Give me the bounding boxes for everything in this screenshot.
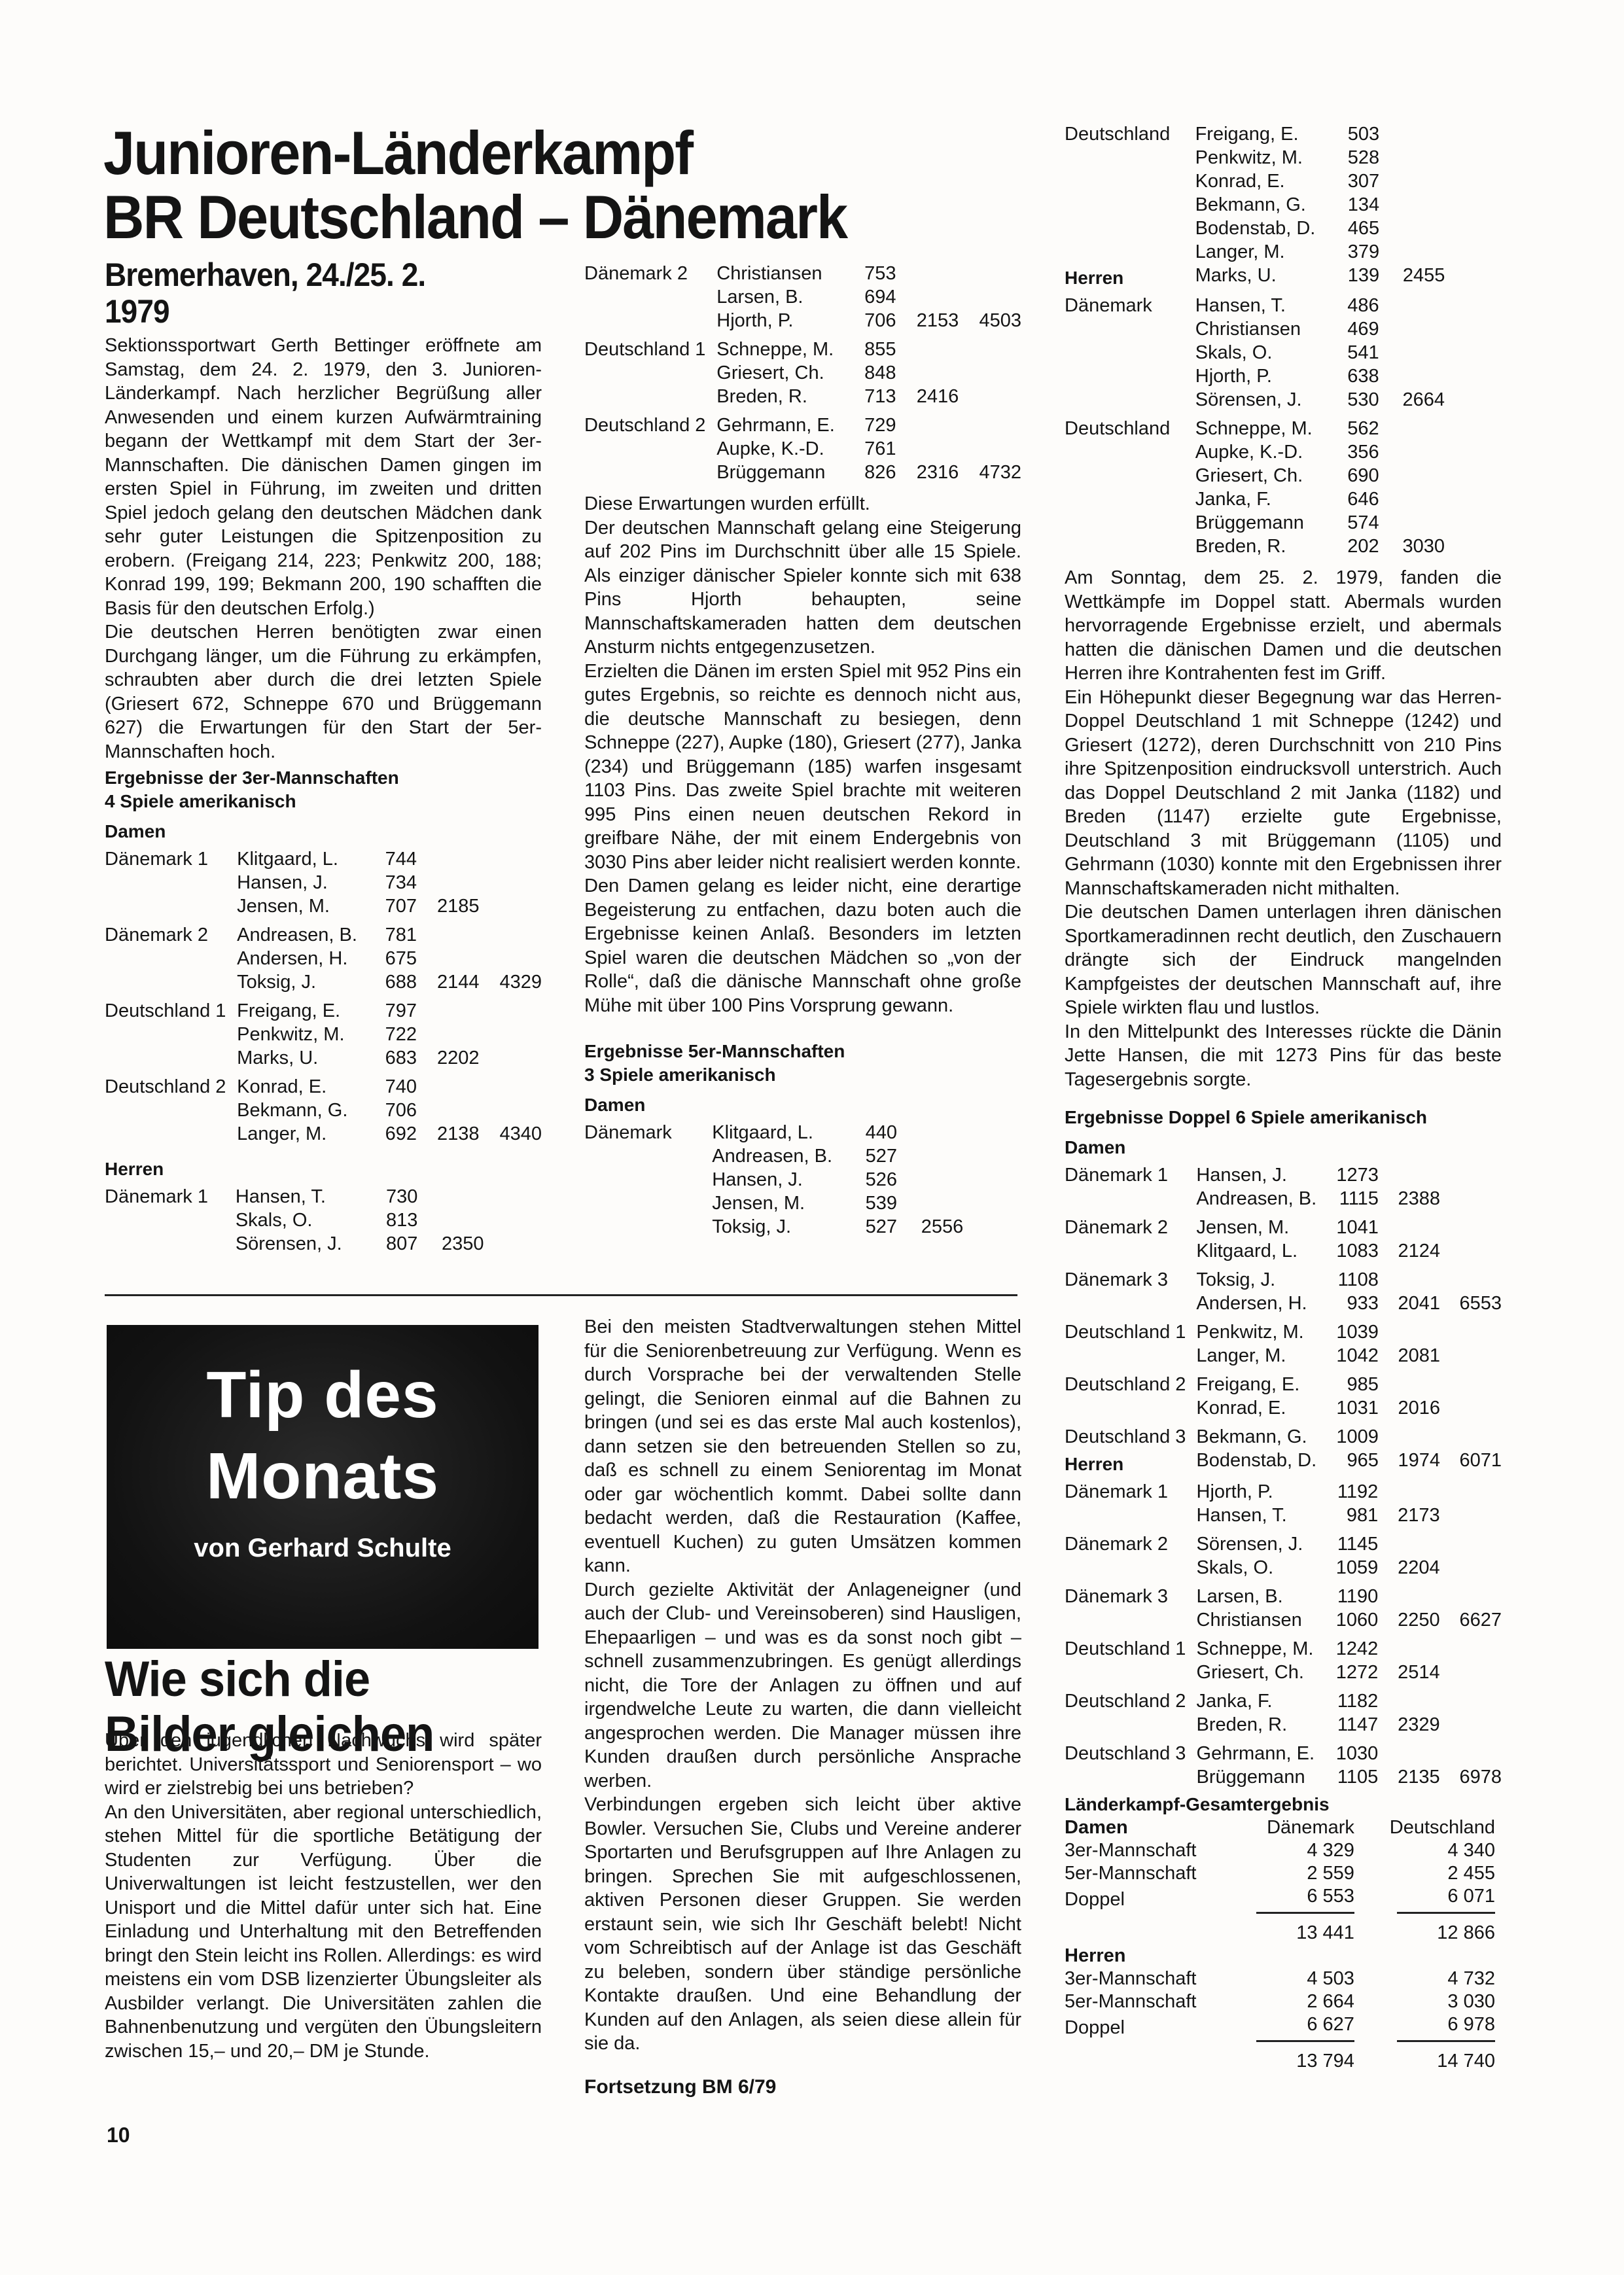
denmark-value: 2 664: [1216, 1990, 1374, 2013]
team-name: [1065, 1396, 1196, 1420]
country-total: [1440, 1632, 1502, 1661]
table-row: Brüggemann110521356978: [1065, 1765, 1502, 1789]
player-score: 562: [1336, 412, 1379, 440]
table-row: Konrad, E.10312016: [1065, 1396, 1502, 1420]
team-total: [1379, 217, 1445, 240]
country-total: [1440, 1344, 1502, 1367]
team-total: 2124: [1379, 1239, 1440, 1263]
team-total: [1379, 412, 1445, 440]
team-name: [105, 947, 237, 970]
team-total: 2664: [1379, 388, 1445, 412]
team-total: 2416: [896, 385, 959, 408]
team-total: 2173: [1378, 1504, 1439, 1527]
player-name: Penkwitz, M.: [1196, 1315, 1334, 1344]
team-name: Deutschland 1: [105, 994, 237, 1023]
table-row: Brüggemann574: [1065, 511, 1502, 535]
table-row: Deutschland 1Freigang, E.797: [105, 994, 542, 1023]
team-name: [105, 871, 237, 894]
tip-left-text: Über den jugendlichen Nachwuchs wird spä…: [105, 1729, 542, 2063]
team-total: [1379, 511, 1445, 535]
team-name: [1065, 1187, 1196, 1210]
tip-box-title-line-1: Tip des: [107, 1354, 538, 1436]
country-total: [480, 918, 542, 947]
country-total: [484, 1208, 542, 1232]
player-name: Janka, F.: [1197, 1684, 1334, 1713]
table-row: Dänemark 2Jensen, M.1041: [1065, 1210, 1502, 1239]
player-name: Griesert, Ch.: [716, 361, 855, 385]
player-score: 1009: [1334, 1420, 1379, 1449]
team-name: Deutschland 1: [584, 332, 716, 361]
gesamt-herren-label: Herren: [1065, 1945, 1216, 1967]
team-total: [1379, 240, 1445, 264]
country-total: [963, 1144, 1021, 1168]
player-score: 692: [376, 1122, 417, 1146]
category-label: 3er-Mannschaft: [1065, 1967, 1216, 1990]
player-name: Hjorth, P.: [1195, 364, 1336, 388]
table-row: Hjorth, P.70621534503: [584, 309, 1021, 332]
country-total: [963, 1168, 1021, 1191]
middle-text: Diese Erwartungen wurden erfüllt.Der deu…: [584, 492, 1021, 1017]
paragraph: Der deutschen Mannschaft gelang eine Ste…: [584, 516, 1021, 660]
total-row: 3er-Mannschaft4 3294 340: [1065, 1839, 1502, 1862]
player-score: 379: [1337, 240, 1379, 264]
table-row: Dänemark 1Hjorth, P.1192: [1065, 1480, 1502, 1504]
table-row: Sörensen, J.8072350: [105, 1232, 542, 1256]
player-name: Larsen, B.: [1197, 1579, 1334, 1608]
team-total: [1379, 1163, 1440, 1187]
team-name: [105, 1122, 237, 1146]
team-total: [1379, 146, 1445, 169]
team-name: [1065, 1765, 1197, 1789]
country-total: [1445, 217, 1502, 240]
team-name: [105, 970, 237, 994]
team-total: 2556: [897, 1215, 963, 1239]
player-name: Aupke, K.-D.: [1195, 440, 1336, 464]
team-total: [1378, 1579, 1439, 1608]
page-subtitle: Bremerhaven, 24./25. 2. 1979: [105, 256, 562, 330]
results-5er-herren-table: DänemarkHansen, T.486Christiansen469Skal…: [1065, 294, 1502, 558]
player-name: Janka, F.: [1195, 487, 1336, 511]
team-total: [1378, 1737, 1439, 1765]
subtitle-line-1: Bremerhaven, 24./25. 2.: [105, 256, 562, 293]
player-score: 1039: [1334, 1315, 1379, 1344]
table-row: Deutschland 1Penkwitz, M.1039: [1065, 1315, 1502, 1344]
team-name: [584, 1215, 712, 1239]
player-name: Brüggemann: [1195, 511, 1336, 535]
table-row: Janka, F.646: [1065, 487, 1502, 511]
team-name: [1065, 1504, 1197, 1527]
table-row: Bekmann, G.706: [105, 1099, 542, 1122]
table-row: Hansen, J.734: [105, 871, 542, 894]
country-total: [1445, 122, 1502, 146]
player-name: Bekmann, G.: [1195, 193, 1337, 217]
paragraph: Bei den meisten Stadtverwaltungen stehen…: [584, 1315, 1021, 1578]
country-total: [1440, 1737, 1502, 1765]
country-total: [480, 847, 542, 871]
player-name: Bodenstab, D.: [1195, 217, 1337, 240]
category-label: Doppel: [1065, 2013, 1216, 2042]
player-name: Andreasen, B.: [1196, 1187, 1334, 1210]
team-total: 2514: [1378, 1661, 1439, 1684]
team-name: [105, 1232, 236, 1256]
country-total: [959, 385, 1021, 408]
germany-value: 6 978: [1374, 2013, 1502, 2042]
category-label-text: 3er-Mannschaft: [1065, 1840, 1197, 1861]
team-total: 2185: [417, 894, 479, 918]
table-row: Dänemark 3Toksig, J.1108: [1065, 1263, 1502, 1292]
germany-value: 2 455: [1374, 1862, 1502, 1885]
player-name: Sörensen, J.: [1195, 388, 1336, 412]
team-name: [1065, 388, 1195, 412]
team-total: [1378, 1684, 1439, 1713]
player-name: Toksig, J.: [712, 1215, 854, 1239]
team-name: [105, 894, 237, 918]
player-score: 528: [1337, 146, 1379, 169]
category-label: Doppel: [1065, 1885, 1216, 1914]
player-name: Skals, O.: [1197, 1556, 1334, 1579]
gesamtergebnis-table: Damen Dänemark Deutschland 3er-Mannschaf…: [1065, 1816, 1502, 2073]
table-row: Griesert, Ch.12722514: [1065, 1661, 1502, 1684]
table-row: Sörensen, J.5302664: [1065, 388, 1502, 412]
table-row: Aupke, K.-D.761: [584, 437, 1021, 461]
results-5er-damen-table-b: DeutschlandFreigang, E.503Penkwitz, M.52…: [1065, 122, 1502, 287]
player-name: Jensen, M.: [1196, 1210, 1334, 1239]
player-score: 526: [854, 1168, 897, 1191]
country-total: 6627: [1440, 1608, 1502, 1632]
team-total: [896, 408, 959, 437]
player-name: Toksig, J.: [1196, 1263, 1334, 1292]
player-name: Klitgaard, L.: [712, 1121, 854, 1144]
team-name: [584, 285, 716, 309]
country-total: [1445, 440, 1502, 464]
germany-value: 6 071: [1374, 1885, 1502, 1914]
team-name: Dänemark 2: [105, 918, 237, 947]
player-score: 1272: [1333, 1661, 1378, 1684]
player-name: Marks, U.: [237, 1046, 376, 1070]
table-row: Andersen, H.675: [105, 947, 542, 970]
table-row: Breden, R.11472329: [1065, 1713, 1502, 1737]
player-score: 1041: [1334, 1210, 1379, 1239]
country-total: 6553: [1440, 1292, 1502, 1315]
team-name: [1065, 193, 1195, 217]
table-row: Deutschland 3Bekmann, G.1009: [1065, 1420, 1502, 1449]
player-score: 761: [855, 437, 896, 461]
table-row: Penkwitz, M.528: [1065, 146, 1502, 169]
team-name: [1065, 535, 1195, 558]
country-total: [1440, 1396, 1502, 1420]
category-label-text: 5er-Mannschaft: [1065, 1991, 1197, 2012]
team-total: 2202: [417, 1046, 479, 1070]
team-name: [1065, 341, 1195, 364]
team-total: [1379, 317, 1445, 341]
player-name: Andersen, H.: [1196, 1292, 1334, 1315]
team-name: Deutschland 3: [1065, 1737, 1197, 1765]
category-label-text: Doppel: [1065, 1889, 1125, 1910]
tip-column-right: Bei den meisten Stadtverwaltungen stehen…: [584, 1315, 1021, 2099]
team-name: [1065, 1239, 1196, 1263]
team-name: [1065, 1661, 1197, 1684]
table-row: Hansen, T.9812173: [1065, 1504, 1502, 1527]
table-row: Dänemark 1Hansen, J.1273: [1065, 1163, 1502, 1187]
team-total: 2153: [896, 309, 959, 332]
gesamt-damen-total-dk: 13 441: [1216, 1914, 1374, 1945]
tip-heading-line-1: Wie sich die: [105, 1652, 552, 1707]
player-name: Hansen, T.: [1195, 294, 1336, 317]
player-name: Gehrmann, E.: [716, 408, 855, 437]
results-5er-damen-label: Damen: [584, 1093, 1021, 1117]
player-name: Schneppe, M.: [716, 332, 855, 361]
team-total: [417, 1099, 479, 1122]
player-name: Larsen, B.: [716, 285, 855, 309]
player-name: Bodenstab, D.: [1196, 1449, 1334, 1472]
player-score: 1192: [1333, 1480, 1378, 1504]
team-total: [1379, 122, 1445, 146]
team-name: [1065, 487, 1195, 511]
team-name: [1065, 440, 1195, 464]
team-name: Dänemark 1: [105, 1185, 236, 1208]
player-score: 985: [1334, 1367, 1379, 1396]
gesamt-damen-total-de: 12 866: [1374, 1914, 1502, 1945]
team-total: [897, 1144, 963, 1168]
country-total: [484, 1232, 542, 1256]
player-score: 706: [376, 1099, 417, 1122]
player-name: Christiansen: [1195, 317, 1336, 341]
team-total: [1379, 1367, 1440, 1396]
player-name: Sörensen, J.: [236, 1232, 375, 1256]
player-name: Konrad, E.: [237, 1070, 376, 1099]
country-total: [1440, 1263, 1502, 1292]
tip-des-monats-box: Tip des Monats von Gerhard Schulte: [107, 1325, 538, 1649]
denmark-value: 4 329: [1216, 1839, 1374, 1862]
team-total: [1379, 364, 1445, 388]
player-score: 574: [1336, 511, 1379, 535]
team-name: [584, 385, 716, 408]
team-name: [1065, 240, 1195, 264]
team-total: 2016: [1379, 1396, 1440, 1420]
team-name: [1065, 1344, 1196, 1367]
team-total: 2350: [417, 1232, 484, 1256]
country-total: [959, 262, 1021, 285]
tip-right-text: Bei den meisten Stadtverwaltungen stehen…: [584, 1315, 1021, 2056]
team-name: [1065, 511, 1195, 535]
title-line-1: Junioren-Länderkampf: [103, 121, 976, 185]
player-name: Andreasen, B.: [712, 1144, 854, 1168]
table-row: Toksig, J.5272556: [584, 1215, 1021, 1239]
team-name: [1065, 1292, 1196, 1315]
results-3er-damen-table: Dänemark 1Klitgaard, L.744Hansen, J.734J…: [105, 847, 542, 1146]
column-2-top: Dänemark 2Christiansen753Larsen, B.694Hj…: [584, 262, 1021, 1239]
player-name: Penkwitz, M.: [1195, 146, 1337, 169]
gesamt-herren-rows: 3er-Mannschaft4 5034 7325er-Mannschaft2 …: [1065, 1967, 1502, 2042]
player-name: Skals, O.: [236, 1208, 375, 1232]
team-total: 2041: [1379, 1292, 1440, 1315]
table-row: Aupke, K.-D.356: [1065, 440, 1502, 464]
denmark-value: 4 503: [1216, 1967, 1374, 1990]
country-total: [1445, 388, 1502, 412]
team-total: [417, 1208, 484, 1232]
team-total: [1379, 341, 1445, 364]
category-label-text: 5er-Mannschaft: [1065, 1863, 1197, 1884]
tip-column-left: Über den jugendlichen Nachwuchs wird spä…: [105, 1729, 542, 2063]
player-name: Brüggemann: [1197, 1765, 1334, 1789]
paragraph: Die deutschen Damen unterlagen ihren dän…: [1065, 900, 1502, 1020]
country-total: [1445, 169, 1502, 193]
player-score: 688: [376, 970, 417, 994]
country-total: [1445, 464, 1502, 487]
team-total: 2316: [896, 461, 959, 484]
tip-box-title-line-2: Monats: [107, 1436, 538, 1517]
team-total: 2204: [1378, 1556, 1439, 1579]
player-score: 826: [855, 461, 896, 484]
team-total: [896, 262, 959, 285]
country-total: [1445, 294, 1502, 317]
category-label: 3er-Mannschaft: [1065, 1839, 1216, 1862]
team-total: 2388: [1379, 1187, 1440, 1210]
player-name: Konrad, E.: [1195, 169, 1337, 193]
gesamt-damen-rows: 3er-Mannschaft4 3294 3405er-Mannschaft2 …: [1065, 1839, 1502, 1914]
team-total: [1379, 464, 1445, 487]
player-score: 202: [1336, 535, 1379, 558]
team-name: Dänemark: [584, 1121, 712, 1144]
title-line-2: BR Deutschland – Dänemark: [103, 185, 976, 249]
team-total: [1378, 1527, 1439, 1556]
player-score: 527: [854, 1144, 897, 1168]
country-total: [480, 1046, 542, 1070]
team-name: Dänemark 2: [1065, 1210, 1196, 1239]
team-total: [417, 1185, 484, 1208]
player-name: Aupke, K.-D.: [716, 437, 855, 461]
paragraph: Verbindungen ergeben sich leicht über ak…: [584, 1793, 1021, 2056]
player-name: Hjorth, P.: [716, 309, 855, 332]
country-total: [963, 1121, 1021, 1144]
country-total: [1445, 146, 1502, 169]
player-score: 1042: [1334, 1344, 1379, 1367]
country-total: [959, 361, 1021, 385]
country-total: [480, 947, 542, 970]
country-total: [480, 1099, 542, 1122]
country-total: 6978: [1440, 1765, 1502, 1789]
team-total: [1379, 193, 1445, 217]
paragraph: Am Sonntag, dem 25. 2. 1979, fanden die …: [1065, 566, 1502, 686]
country-total: [1440, 1579, 1502, 1608]
paragraph: An den Universitäten, aber regional unte…: [105, 1801, 542, 2064]
section-divider: [105, 1294, 1017, 1296]
table-row: Dänemark 2Andreasen, B.781: [105, 918, 542, 947]
results-doppel-herren-table: Dänemark 1Hjorth, P.1192Hansen, T.981217…: [1065, 1480, 1502, 1789]
table-row: DeutschlandFreigang, E.503: [1065, 122, 1502, 146]
player-name: Toksig, J.: [237, 970, 376, 994]
player-score: 465: [1337, 217, 1379, 240]
player-score: 734: [376, 871, 417, 894]
total-row: Doppel6 5536 071: [1065, 1885, 1502, 1914]
table-row: Dänemark 3Larsen, B.1190: [1065, 1579, 1502, 1608]
table-row: Toksig, J.68821444329: [105, 970, 542, 994]
country-total: [1445, 535, 1502, 558]
table-row: Breden, R.2023030: [1065, 535, 1502, 558]
results-5er-heading-2: 3 Spiele amerikanisch: [584, 1063, 1021, 1087]
country-total: 4732: [959, 461, 1021, 484]
player-name: Breden, R.: [1195, 535, 1336, 558]
team-total: 2138: [417, 1122, 479, 1146]
player-score: 740: [376, 1070, 417, 1099]
results-3er-heading-1: Ergebnisse der 3er-Mannschaften: [105, 766, 542, 790]
paragraph: Die deutschen Herren benötigten zwar ein…: [105, 620, 542, 764]
gesamt-herren-total-de: 14 740: [1374, 2042, 1502, 2073]
table-row: Bekmann, G.134: [1065, 193, 1502, 217]
continuation-note: Fortsetzung BM 6/79: [584, 2075, 1021, 2100]
team-total: [1379, 294, 1445, 317]
player-score: 675: [376, 947, 417, 970]
player-score: 1145: [1333, 1527, 1378, 1556]
player-score: 1059: [1333, 1556, 1378, 1579]
team-total: [417, 871, 479, 894]
country-total: [1445, 317, 1502, 341]
player-score: 855: [855, 332, 896, 361]
player-name: Freigang, E.: [237, 994, 376, 1023]
player-score: 486: [1336, 294, 1379, 317]
player-name: Bekmann, G.: [1196, 1420, 1334, 1449]
column-1-top: Sektionssportwart Gerth Bettinger eröffn…: [105, 334, 542, 1256]
player-score: 981: [1333, 1504, 1378, 1527]
table-row: Deutschland 1Schneppe, M.855: [584, 332, 1021, 361]
paragraph: In den Mittelpunkt des Interesses rückte…: [1065, 1020, 1502, 1092]
country-total: [480, 871, 542, 894]
country-total: [1440, 1713, 1502, 1737]
gesamt-herren-total-dk: 13 794: [1216, 2042, 1374, 2073]
total-row: 3er-Mannschaft4 5034 732: [1065, 1967, 1502, 1990]
results-doppel-damen-table: Dänemark 1Hansen, J.1273Andreasen, B.111…: [1065, 1163, 1502, 1472]
team-name: [584, 1144, 712, 1168]
team-total: [1379, 487, 1445, 511]
denmark-value-text: 6 627: [1256, 2013, 1354, 2042]
right-text: Am Sonntag, dem 25. 2. 1979, fanden die …: [1065, 566, 1502, 1091]
table-row: Breden, R.7132416: [584, 385, 1021, 408]
player-score: 1147: [1333, 1713, 1378, 1737]
team-name: Deutschland 3: [1065, 1420, 1196, 1449]
player-score: 729: [855, 408, 896, 437]
player-name: Langer, M.: [237, 1122, 376, 1146]
denmark-value-text: 2 664: [1307, 1991, 1354, 2012]
player-name: Langer, M.: [1196, 1344, 1334, 1367]
team-total: [1379, 440, 1445, 464]
team-total: [417, 918, 479, 947]
player-score: 1083: [1334, 1239, 1379, 1263]
denmark-value-text: 4 329: [1307, 1840, 1354, 1861]
country-total: [1445, 341, 1502, 364]
player-score: 134: [1337, 193, 1379, 217]
team-name: Deutschland: [1065, 412, 1195, 440]
results-3er-herren-table-b: Dänemark 2Christiansen753Larsen, B.694Hj…: [584, 262, 1021, 484]
table-row: Griesert, Ch.848: [584, 361, 1021, 385]
table-row: Andreasen, B.11152388: [1065, 1187, 1502, 1210]
country-total: 4329: [480, 970, 542, 994]
table-row: Christiansen106022506627: [1065, 1608, 1502, 1632]
player-score: 690: [1336, 464, 1379, 487]
team-total: [417, 947, 479, 970]
country-total: [1440, 1556, 1502, 1579]
denmark-value-text: 6 553: [1256, 1885, 1354, 1914]
player-score: 722: [376, 1023, 417, 1046]
table-row: Langer, M.10422081: [1065, 1344, 1502, 1367]
player-score: 530: [1336, 388, 1379, 412]
team-total: [897, 1121, 963, 1144]
team-name: Dänemark 1: [105, 847, 237, 871]
team-name: Deutschland 1: [1065, 1315, 1196, 1344]
germany-value-text: 4 732: [1447, 1968, 1495, 1989]
country-total: [1440, 1210, 1502, 1239]
player-score: 1105: [1333, 1765, 1378, 1789]
player-name: Hansen, J.: [237, 871, 376, 894]
